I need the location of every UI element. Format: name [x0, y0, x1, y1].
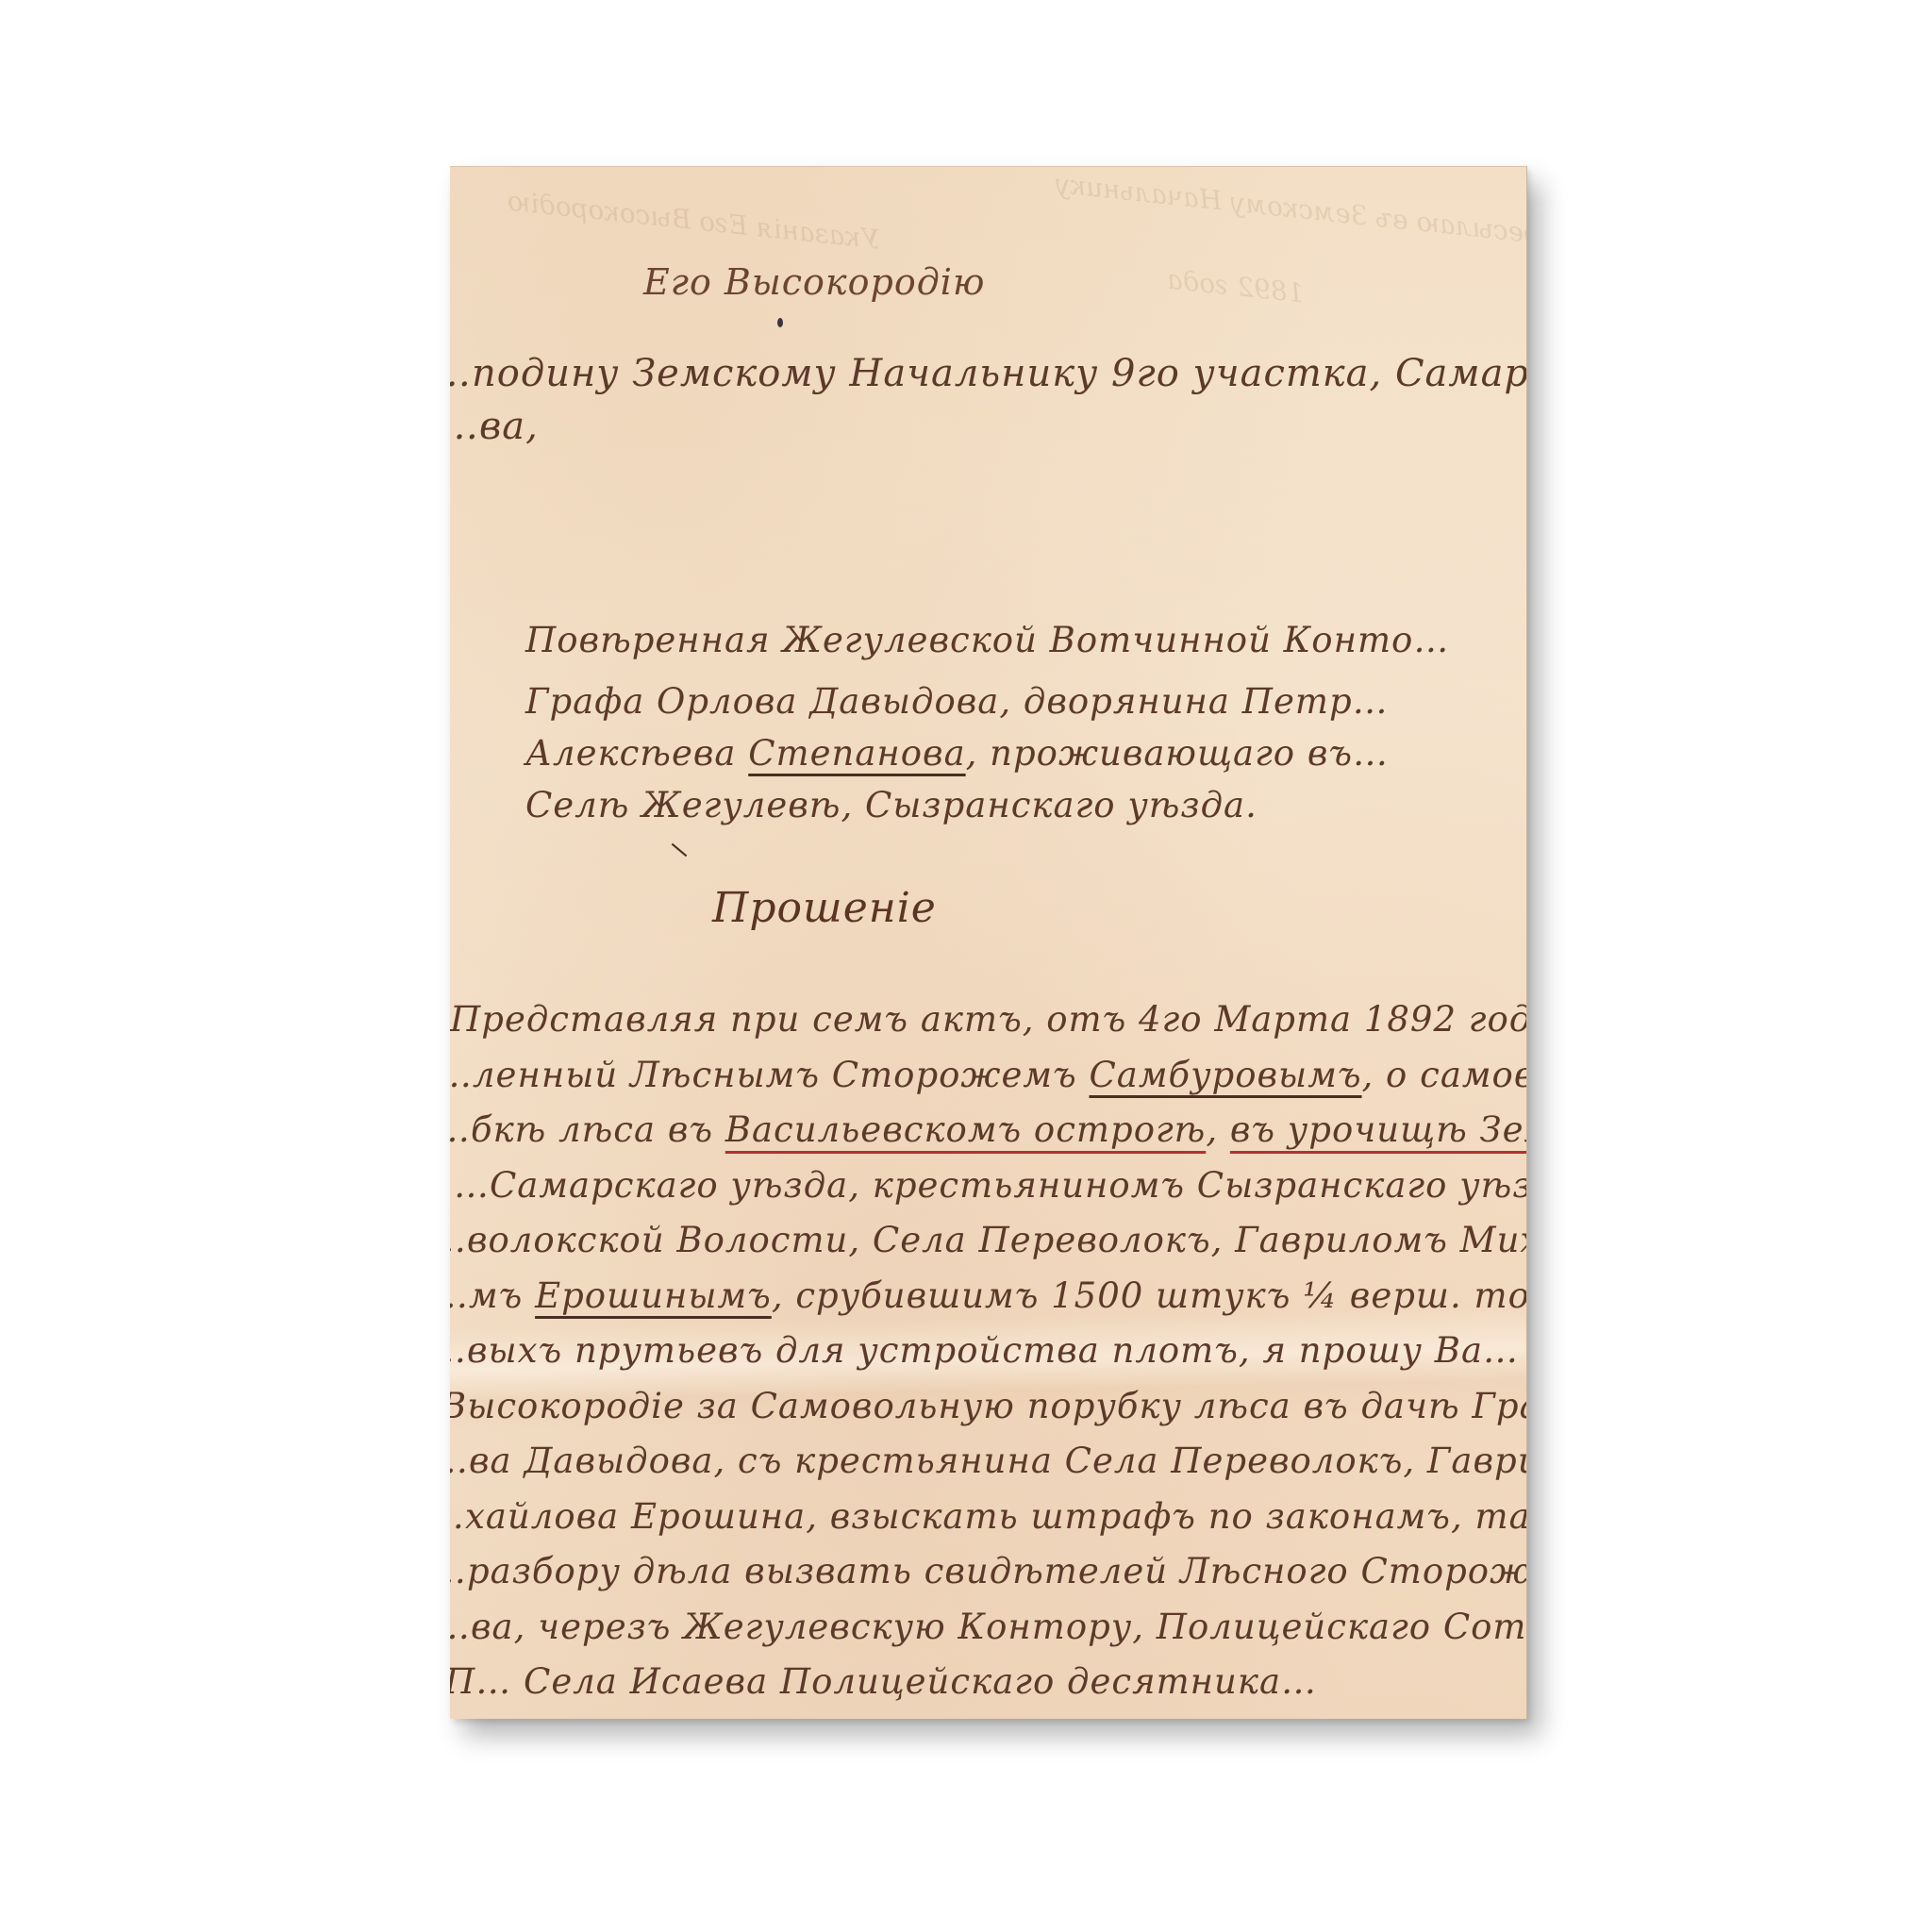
text-span: Высокородіе за Самовольную порубку лѣса …: [450, 1386, 1527, 1426]
body-line: Представляя при семъ актъ, отъ 4го Марта…: [450, 999, 1527, 1040]
underlined-name: Самбуровымъ: [1089, 1055, 1361, 1095]
text-span: Представляя при семъ актъ, отъ 4го Марта…: [450, 999, 1527, 1040]
bleed-through-text: 1892 года: [1166, 263, 1306, 308]
photo-backdrop: Указанія Его Высокородію Пересылаю въ Зе…: [0, 0, 1932, 1932]
addressee-line: …подину Земскому Начальнику 9го участка,…: [450, 352, 1527, 395]
red-underlined-place: Васильевскомъ острогѣ: [725, 1109, 1207, 1150]
body-line: …ва, черезъ Жегулевскую Контору, Полицей…: [450, 1607, 1527, 1647]
text-span: Селѣ Жегулевѣ, Сызранскаго уѣзда.: [525, 785, 1257, 825]
document-page: Указанія Его Высокородію Пересылаю въ Зе…: [450, 166, 1527, 1719]
text-span: …выхъ прутьевъ для устройства плотъ, я п…: [450, 1330, 1519, 1371]
document-title: Прошеніе: [712, 884, 937, 932]
petitioner-line: Алексѣева Степанова, проживающаго въ…: [525, 733, 1389, 774]
body-line: …бкѣ лѣса въ Васильевскомъ острогѣ, въ у…: [450, 1109, 1527, 1150]
body-line: Высокородіе за Самовольную порубку лѣса …: [450, 1386, 1527, 1426]
text-span: П… Села Исаева Полицейскаго десятника…: [450, 1661, 1317, 1702]
text-span: …мъ: [450, 1275, 535, 1316]
petitioner-line: Графа Орлова Давыдова, дворянина Петр…: [525, 681, 1389, 722]
text-span: , о самовольн…: [1362, 1055, 1527, 1095]
body-line: …выхъ прутьевъ для устройства плотъ, я п…: [450, 1330, 1519, 1371]
text-span: …ленный Лѣснымъ Сторожемъ: [450, 1055, 1089, 1095]
text-span: …Самарскаго уѣзда, крестьяниномъ Сызранс…: [454, 1165, 1527, 1206]
text-span: …волокской Волости, Села Переволокъ, Гав…: [450, 1220, 1527, 1260]
text-span: , срубившимъ 1500 штукъ ¼ верш. тонк…: [772, 1275, 1527, 1316]
body-line: …Самарскаго уѣзда, крестьяниномъ Сызранс…: [454, 1165, 1527, 1206]
text-span: Повѣренная Жегулевской Вотчинной Конто…: [525, 620, 1449, 660]
text-span: ,: [1206, 1109, 1230, 1150]
text-span: …ва, черезъ Жегулевскую Контору, Полицей…: [450, 1607, 1527, 1647]
body-line: …хайлова Ерошина, взыскать штрафъ по зак…: [450, 1496, 1527, 1537]
addressee-line: …ва,: [450, 405, 539, 448]
body-line: …мъ Ерошинымъ, срубившимъ 1500 штукъ ¼ в…: [450, 1275, 1527, 1316]
red-underlined-place: въ урочищѣ Зеле…: [1230, 1109, 1527, 1150]
underlined-name: Ерошинымъ: [535, 1275, 772, 1316]
text-span: …хайлова Ерошина, взыскать штрафъ по зак…: [450, 1496, 1527, 1537]
bleed-through-text: Пересылаю въ Земскому Начальнику: [1054, 168, 1527, 254]
text-span: Графа Орлова Давыдова, дворянина Петр…: [525, 681, 1389, 722]
ink-blot: [777, 318, 783, 327]
body-line: …ва Давыдова, съ крестьянина Села Перево…: [450, 1441, 1527, 1481]
text-span: …разбору дѣла вызвать свидѣтелей Лѣсного…: [450, 1551, 1527, 1591]
body-line: …волокской Волости, Села Переволокъ, Гав…: [450, 1220, 1527, 1260]
body-line: …ленный Лѣснымъ Сторожемъ Самбуровымъ, о…: [450, 1055, 1527, 1095]
petitioner-line: Повѣренная Жегулевской Вотчинной Конто…: [525, 620, 1449, 660]
text-span: …ва Давыдова, съ крестьянина Села Перево…: [450, 1441, 1527, 1481]
ink-stroke: [672, 843, 688, 857]
text-span: , проживающаго въ…: [966, 733, 1389, 774]
body-line: …разбору дѣла вызвать свидѣтелей Лѣсного…: [450, 1551, 1527, 1591]
salutation: Его Высокородію: [643, 261, 985, 303]
underlined-name: Степанова: [748, 733, 965, 774]
text-span: …бкѣ лѣса въ: [450, 1109, 725, 1150]
bleed-through-text: Указанія Его Высокородію: [506, 185, 881, 255]
petitioner-line: Селѣ Жегулевѣ, Сызранскаго уѣзда.: [525, 785, 1257, 825]
body-line: П… Села Исаева Полицейскаго десятника…: [450, 1661, 1317, 1702]
text-span: Алексѣева: [525, 733, 748, 774]
